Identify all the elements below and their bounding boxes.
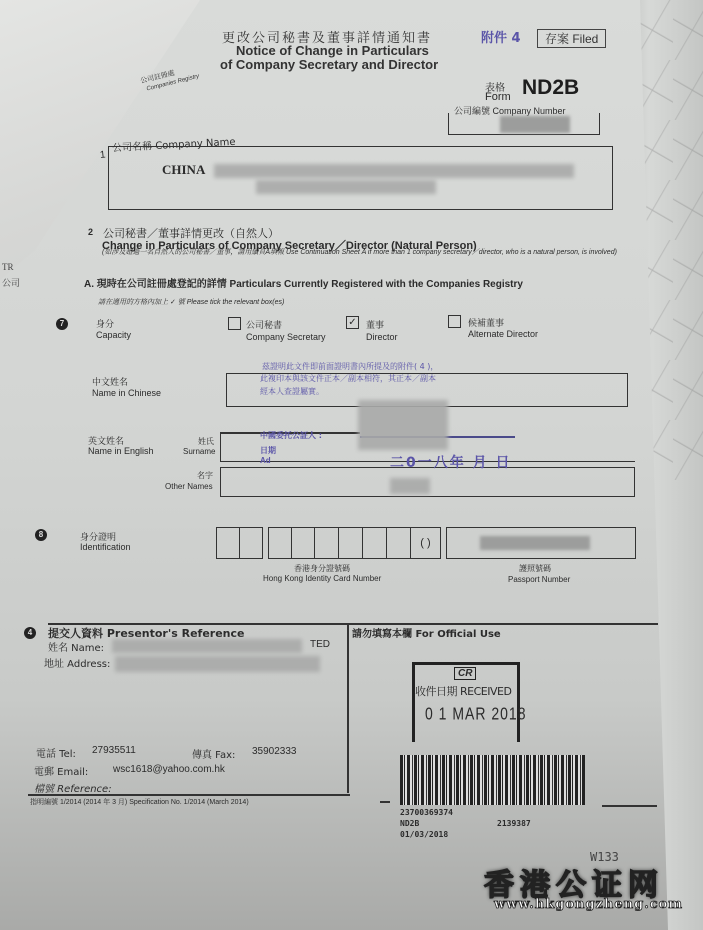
notary-stamp-line2: 日期 xyxy=(260,445,276,456)
email-label: 電郵 Email: xyxy=(34,763,88,778)
tel-value: 27935511 xyxy=(92,745,136,756)
part-a-heading: A. 現時在公司註冊處登記的詳情 Particulars Currently R… xyxy=(84,275,523,290)
stamp-date: 0 1 MAR 2018 xyxy=(425,703,527,723)
form-label-en: Form xyxy=(485,91,511,103)
margin-fragment-1: TR xyxy=(2,262,14,272)
barcode-ref: 2139387 xyxy=(497,819,531,828)
name-english-label-en: Name in English xyxy=(88,446,154,456)
barcode xyxy=(400,755,585,805)
option-alternate-zh: 候補董事 xyxy=(468,316,504,329)
hkid-check-digit-cell[interactable]: ( ) xyxy=(410,527,441,559)
barcode-date: 01/03/2018 xyxy=(400,830,448,839)
official-use-title: 請勿填寫本欄 For Official Use xyxy=(352,625,501,640)
margin-fragment-2: 公司 xyxy=(2,276,20,289)
hkid-digit-cell-1[interactable] xyxy=(268,527,292,559)
bottom-block-divider xyxy=(347,625,349,793)
annex-handwritten: 附件 4 xyxy=(481,27,521,46)
barcode-rule-left xyxy=(380,801,390,803)
presentor-marker: 4 xyxy=(24,627,36,639)
identification-marker: 8 xyxy=(35,529,47,541)
barcode-number: 23700369374 xyxy=(400,808,453,817)
fax-label: 傳真 Fax: xyxy=(192,746,235,761)
hkid-digit-cell-4[interactable] xyxy=(338,527,363,559)
presentor-address-redacted xyxy=(115,656,320,672)
other-names-label-zh: 名字 xyxy=(197,470,213,481)
surname-label-zh: 姓氏 xyxy=(198,436,214,447)
tel-label: 電話 Tel: xyxy=(36,745,76,760)
passport-label-zh: 護照號碼 xyxy=(519,563,551,574)
checkbox-alternate-director[interactable] xyxy=(448,315,461,328)
notary-name-redacted xyxy=(358,400,448,450)
hkid-letter-cell-1[interactable] xyxy=(216,527,240,559)
filed-stamp: 存案 Filed xyxy=(537,29,606,48)
barcode-form: ND2B xyxy=(400,819,419,828)
other-names-label-en: Other Names xyxy=(165,482,213,491)
reference-label: 檔號 Reference: xyxy=(34,780,112,795)
notary-stamp-line3: Ad xyxy=(260,456,271,465)
passport-number-redacted xyxy=(480,536,590,550)
company-name-redacted-2 xyxy=(256,180,436,194)
section2-note: (如涉及超過一名自然人的公司秘書／董事，請用續頁A填報 Use Continua… xyxy=(102,248,632,257)
surname-label-en: Surname xyxy=(183,447,215,456)
capacity-label-en: Capacity xyxy=(96,330,131,340)
checkbox-company-secretary[interactable] xyxy=(228,317,241,330)
hkid-label-en: Hong Kong Identity Card Number xyxy=(263,574,381,583)
capacity-label-zh: 身分 xyxy=(96,317,114,330)
hkid-label-zh: 香港身分證號碼 xyxy=(294,563,350,574)
other-names-redacted xyxy=(390,478,430,494)
company-name-redacted xyxy=(214,164,574,178)
tick-instruction: 請在適用的方格內加上 ✓ 號 Please tick the relevant … xyxy=(98,297,284,307)
company-number-redacted xyxy=(500,116,570,133)
option-director-en: Director xyxy=(366,332,398,342)
name-chinese-label-zh: 中文姓名 xyxy=(92,375,128,388)
title-en-line1: Notice of Change in Particulars xyxy=(236,43,429,58)
company-name-value: CHINA xyxy=(162,162,205,178)
presentor-address-label: 地址 Address: xyxy=(44,655,110,670)
stamp-cr: CR xyxy=(454,667,476,680)
option-director-zh: 董事 xyxy=(366,318,384,331)
notary-stamp-line1: 中國委托公証人 : xyxy=(260,430,322,441)
certification-line3: 經本人查證屬實。 xyxy=(260,386,324,397)
form-code: ND2B xyxy=(522,76,579,100)
checkbox-director[interactable]: ✓ xyxy=(346,316,359,329)
passport-label-en: Passport Number xyxy=(508,575,570,584)
section2-number: 2 xyxy=(88,227,93,237)
fax-value: 35902333 xyxy=(252,746,297,757)
hkid-letter-cell-2[interactable] xyxy=(239,527,263,559)
certification-line1: 茲證明此文件即前面證明書內所提及的附件( 4 )， xyxy=(262,361,438,372)
identification-label-en: Identification xyxy=(80,542,131,552)
company-name-field xyxy=(108,146,613,210)
hkid-digit-cell-3[interactable] xyxy=(314,527,339,559)
email-value: wsc1618@yahoo.com.hk xyxy=(113,764,225,775)
hkid-digit-cell-5[interactable] xyxy=(362,527,387,559)
capacity-marker: 7 xyxy=(56,318,68,330)
notary-stamp-date: 二0一八年 月 日 xyxy=(390,452,512,472)
option-secretary-en: Company Secretary xyxy=(246,332,326,342)
certification-line2: 此複印本與該文件正本／副本相符，其正本／副本 xyxy=(260,373,436,384)
option-secretary-zh: 公司秘書 xyxy=(246,318,282,331)
presentor-name-label: 姓名 Name: xyxy=(48,639,104,654)
specification-footer: 指明編號 1/2014 (2014 年 3 月) Specification N… xyxy=(30,797,249,807)
stamp-received: 收件日期 RECEIVED xyxy=(415,683,511,699)
option-alternate-en: Alternate Director xyxy=(468,329,538,339)
hkid-digit-cell-6[interactable] xyxy=(386,527,411,559)
watermark-url: www.hkgongzheng.com xyxy=(494,897,683,912)
hkid-digit-cell-2[interactable] xyxy=(291,527,315,559)
presentor-name-tail: TED xyxy=(310,639,330,650)
title-en-line2: of Company Secretary and Director xyxy=(220,57,438,72)
presentor-name-redacted xyxy=(112,639,302,653)
barcode-rule-right xyxy=(602,805,657,807)
name-chinese-label-en: Name in Chinese xyxy=(92,388,161,398)
